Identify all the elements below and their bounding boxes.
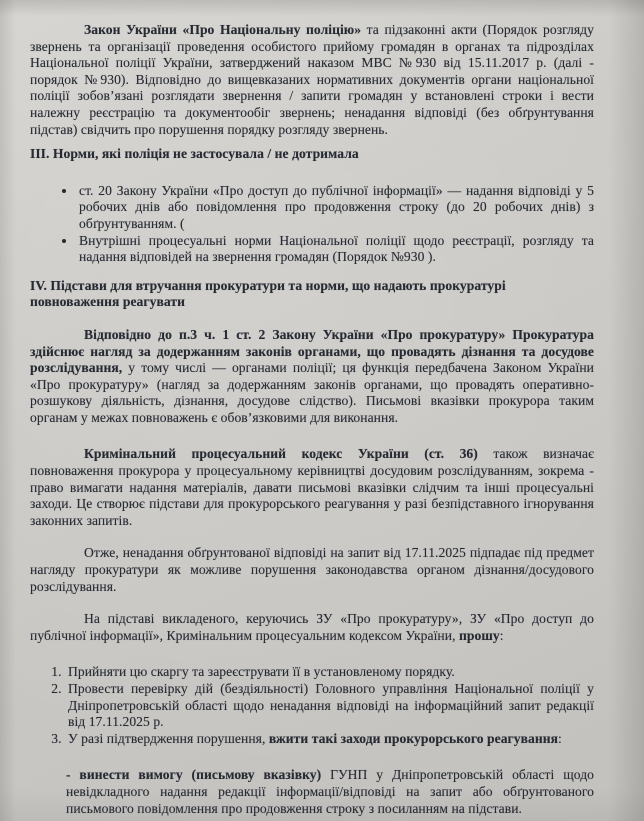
document-photo: Закон України «Про Національну поліцію» … bbox=[0, 0, 644, 821]
request-item-register: Прийняти цю скаргу та зареєструвати її в… bbox=[65, 664, 594, 681]
paragraph-conclusion: Отже, ненадання обґрунтованої відповіді … bbox=[30, 545, 594, 595]
section-iv-heading: IV. Підстави для втручання прокуратури т… bbox=[30, 278, 594, 311]
requests-list: Прийняти цю скаргу та зареєструвати її в… bbox=[30, 664, 594, 747]
request-intro-bold: прошу bbox=[459, 628, 500, 643]
request-item-bold: вжити такі заходи прокурорського реагува… bbox=[269, 731, 558, 746]
law-title-bold: Закон України «Про Національну поліцію» bbox=[84, 22, 361, 37]
list-item: ст. 20 Закону України «Про доступ до пуб… bbox=[77, 183, 594, 233]
bullet-internal-norms: Внутрішні процесуальні норми Національно… bbox=[79, 233, 594, 265]
list-item: Внутрішні процесуальні норми Національно… bbox=[77, 233, 594, 266]
request-item-text: Провести перевірку дій (бездіяльності) Г… bbox=[68, 681, 594, 729]
bullet-access-to-information: ст. 20 Закону України «Про доступ до пуб… bbox=[79, 183, 594, 231]
paragraph-prosecution-law: Відповідно до п.3 ч. 1 ст. 2 Закону Укра… bbox=[30, 327, 594, 427]
criminal-code-bold: Кримінальний процесуальний кодекс Україн… bbox=[84, 446, 478, 461]
request-item-text: Прийняти цю скаргу та зареєструвати її в… bbox=[68, 664, 455, 679]
request-item-post: : bbox=[558, 731, 562, 746]
request-intro-colon: : bbox=[500, 628, 504, 643]
norms-violated-list: ст. 20 Закону України «Про доступ до пуб… bbox=[30, 183, 594, 266]
paragraph-demand-instruction: - винести вимогу (письмову вказівку) ГУН… bbox=[66, 767, 594, 817]
section-iii-heading: III. Норми, які поліція не застосувала /… bbox=[30, 146, 594, 163]
request-intro-text: На підставі викладеного, керуючись ЗУ «П… bbox=[30, 611, 594, 643]
request-item-text: У разі підтвердження порушення, bbox=[68, 731, 269, 746]
paragraph-national-police-law: Закон України «Про Національну поліцію» … bbox=[30, 22, 594, 138]
paragraph-criminal-code: Кримінальний процесуальний кодекс Україн… bbox=[30, 446, 594, 529]
request-item-inspection: Провести перевірку дій (бездіяльності) Г… bbox=[65, 681, 594, 731]
document-page: Закон України «Про Національну поліцію» … bbox=[30, 22, 594, 817]
request-item-measures: У разі підтвердження порушення, вжити та… bbox=[65, 731, 594, 748]
demand-instruction-bold: - винести вимогу (письмову вказівку) bbox=[66, 767, 321, 782]
paragraph-request-intro: На підставі викладеного, керуючись ЗУ «П… bbox=[30, 611, 594, 644]
paragraph-national-police-law-text: та підзаконні акти (Порядок розгляду зве… bbox=[30, 22, 594, 137]
